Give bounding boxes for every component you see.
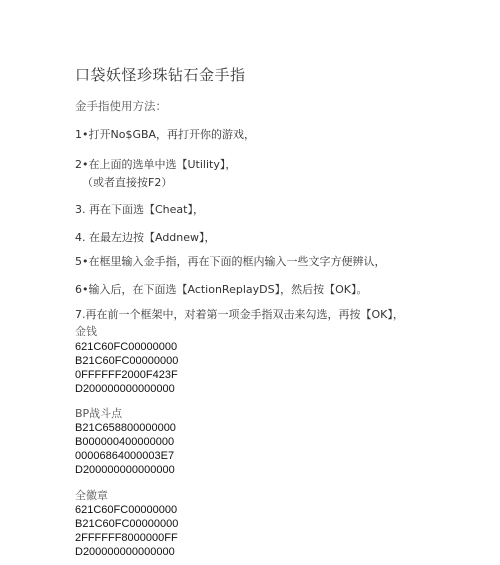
section-label-badges: 全徽章 xyxy=(75,487,108,503)
section-label-bp: BP战斗点 xyxy=(75,405,122,421)
step-5: 5•在框里输入金手指，再在下面的框内输入一些文字方便辨认， xyxy=(75,253,386,269)
code-line: D200000000000000 xyxy=(75,382,178,396)
step-2-note: （或者直接按F2） xyxy=(82,174,172,190)
code-block-bp: B21C658800000000 B000000400000000 000068… xyxy=(75,421,176,477)
step-3: 3. 再在下面选【Cheat】， xyxy=(75,201,204,217)
step-7: 7.再在前一个框架中，对着第一项金手指双击来勾选，再按【OK】， xyxy=(75,306,404,322)
code-line: B21C658800000000 xyxy=(75,421,176,435)
code-line: 621C60FC00000000 xyxy=(75,340,178,354)
instructions-heading: 金手指使用方法： xyxy=(75,98,167,114)
code-line: 2FFFFFF8000000FF xyxy=(75,531,178,545)
document-page: 口袋妖怪珍珠钻石金手指 金手指使用方法： 1•打开No$GBA，再打开你的游戏，… xyxy=(0,0,500,565)
code-line: 621C60FC00000000 xyxy=(75,503,178,517)
code-line: D200000000000000 xyxy=(75,545,178,559)
step-1: 1•打开No$GBA，再打开你的游戏， xyxy=(75,126,255,142)
section-label-money: 金钱 xyxy=(75,323,97,339)
code-line: B21C60FC00000000 xyxy=(75,354,178,368)
code-block-badges: 621C60FC00000000 B21C60FC00000000 2FFFFF… xyxy=(75,503,178,559)
page-title: 口袋妖怪珍珠钻石金手指 xyxy=(75,64,246,85)
step-2: 2•在上面的选单中选【Utility】， xyxy=(75,156,236,172)
code-line: B000000400000000 xyxy=(75,435,176,449)
code-line: D200000000000000 xyxy=(75,463,176,477)
code-line: B21C60FC00000000 xyxy=(75,517,178,531)
code-line: 0FFFFFF2000F423F xyxy=(75,368,178,382)
code-block-money: 621C60FC00000000 B21C60FC00000000 0FFFFF… xyxy=(75,340,178,396)
step-6: 6•输入后，在下面选【ActionReplayDS】，然后按【OK】。 xyxy=(75,281,367,297)
step-4: 4. 在最左边按【Addnew】， xyxy=(75,229,216,245)
code-line: 00006864000003E7 xyxy=(75,449,176,463)
